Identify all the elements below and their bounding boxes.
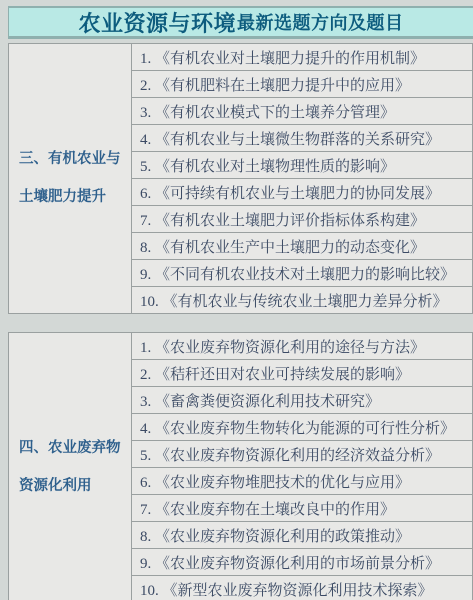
topic-item: 5. 《有机农业对土壤物理性质的影响》	[132, 152, 473, 179]
topic-item: 6. 《农业废弃物堆肥技术的优化与应用》	[132, 468, 473, 495]
section-label: 三、有机农业与土壤肥力提升	[9, 44, 132, 314]
topic-item: 2. 《秸秆还田对农业可持续发展的影响》	[132, 360, 473, 387]
topic-item: 1. 《农业废弃物资源化利用的途径与方法》	[132, 333, 473, 360]
topic-item: 5. 《农业废弃物资源化利用的经济效益分析》	[132, 441, 473, 468]
document-title-bar: 农业资源与环境最新选题方向及题目	[8, 6, 473, 39]
topic-item: 10. 《有机农业与传统农业土壤肥力差异分析》	[132, 287, 473, 314]
topic-row: 四、农业废弃物资源化利用1. 《农业废弃物资源化利用的途径与方法》	[9, 333, 473, 360]
topics-table-organic-soil: 三、有机农业与土壤肥力提升1. 《有机农业对土壤肥力提升的作用机制》2. 《有机…	[8, 43, 473, 314]
topic-item: 7. 《有机农业土壤肥力评价指标体系构建》	[132, 206, 473, 233]
topic-item: 7. 《农业废弃物在土壤改良中的作用》	[132, 495, 473, 522]
topic-item: 9. 《不同有机农业技术对土壤肥力的影响比较》	[132, 260, 473, 287]
topic-item: 4. 《有机农业与土壤微生物群落的关系研究》	[132, 125, 473, 152]
section-divider-gap	[8, 314, 473, 328]
section-body: 三、有机农业与土壤肥力提升1. 《有机农业对土壤肥力提升的作用机制》2. 《有机…	[9, 44, 473, 314]
topic-item: 10. 《新型农业废弃物资源化利用技术探索》	[132, 576, 473, 600]
topic-item: 2. 《有机肥料在土壤肥力提升中的应用》	[132, 71, 473, 98]
section-body: 四、农业废弃物资源化利用1. 《农业废弃物资源化利用的途径与方法》2. 《秸秆还…	[9, 333, 473, 600]
topic-item: 4. 《农业废弃物生物转化为能源的可行性分析》	[132, 414, 473, 441]
topic-item: 1. 《有机农业对土壤肥力提升的作用机制》	[132, 44, 473, 71]
title-sub: 最新选题方向及题目	[237, 9, 404, 35]
topic-item: 8. 《农业废弃物资源化利用的政策推动》	[132, 522, 473, 549]
topic-row: 三、有机农业与土壤肥力提升1. 《有机农业对土壤肥力提升的作用机制》	[9, 44, 473, 71]
topic-item: 8. 《有机农业生产中土壤肥力的动态变化》	[132, 233, 473, 260]
document-page: 农业资源与环境最新选题方向及题目 三、有机农业与土壤肥力提升1. 《有机农业对土…	[0, 0, 473, 600]
topic-item: 3. 《畜禽粪便资源化利用技术研究》	[132, 387, 473, 414]
title-main: 农业资源与环境	[78, 7, 236, 38]
topics-table-agri-waste: 四、农业废弃物资源化利用1. 《农业废弃物资源化利用的途径与方法》2. 《秸秆还…	[8, 332, 473, 600]
topic-item: 6. 《可持续有机农业与土壤肥力的协同发展》	[132, 179, 473, 206]
topic-item: 3. 《有机农业模式下的土壤养分管理》	[132, 98, 473, 125]
section-label: 四、农业废弃物资源化利用	[9, 333, 132, 600]
topic-item: 9. 《农业废弃物资源化利用的市场前景分析》	[132, 549, 473, 576]
